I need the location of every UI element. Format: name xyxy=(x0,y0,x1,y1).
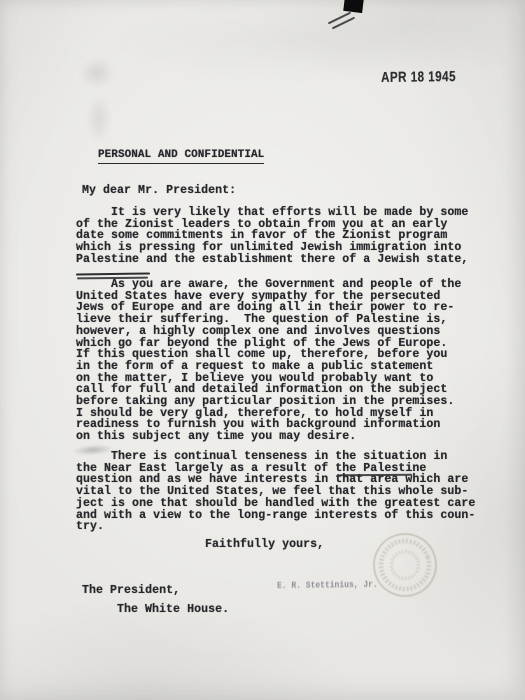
body-paragraph-1: It is very likely that efforts will be m… xyxy=(76,207,468,266)
smudge-mark xyxy=(80,58,114,88)
signature: E. R. Stettinius, Jr. xyxy=(277,580,378,593)
smudge-mark xyxy=(87,95,111,143)
classification-heading: PERSONAL AND CONFIDENTIAL xyxy=(98,150,264,164)
scanned-letter-page: APR 18 1945 PERSONAL AND CONFIDENTIAL My… xyxy=(0,0,525,700)
body-paragraph-2: As you are aware, the Government and peo… xyxy=(76,279,461,443)
body-paragraph-3: There is continual tenseness in the situ… xyxy=(76,451,475,533)
recipient-line: The President, xyxy=(82,585,180,597)
binding-tab-icon xyxy=(343,0,364,13)
received-stamp-icon xyxy=(368,528,442,602)
palestine-underline-mark xyxy=(76,272,150,275)
closing: Faithfully yours, xyxy=(205,539,324,551)
salutation: My dear Mr. President: xyxy=(82,185,236,197)
recipient-line: The White House. xyxy=(117,604,229,616)
date-stamp: APR 18 1945 xyxy=(381,69,456,86)
